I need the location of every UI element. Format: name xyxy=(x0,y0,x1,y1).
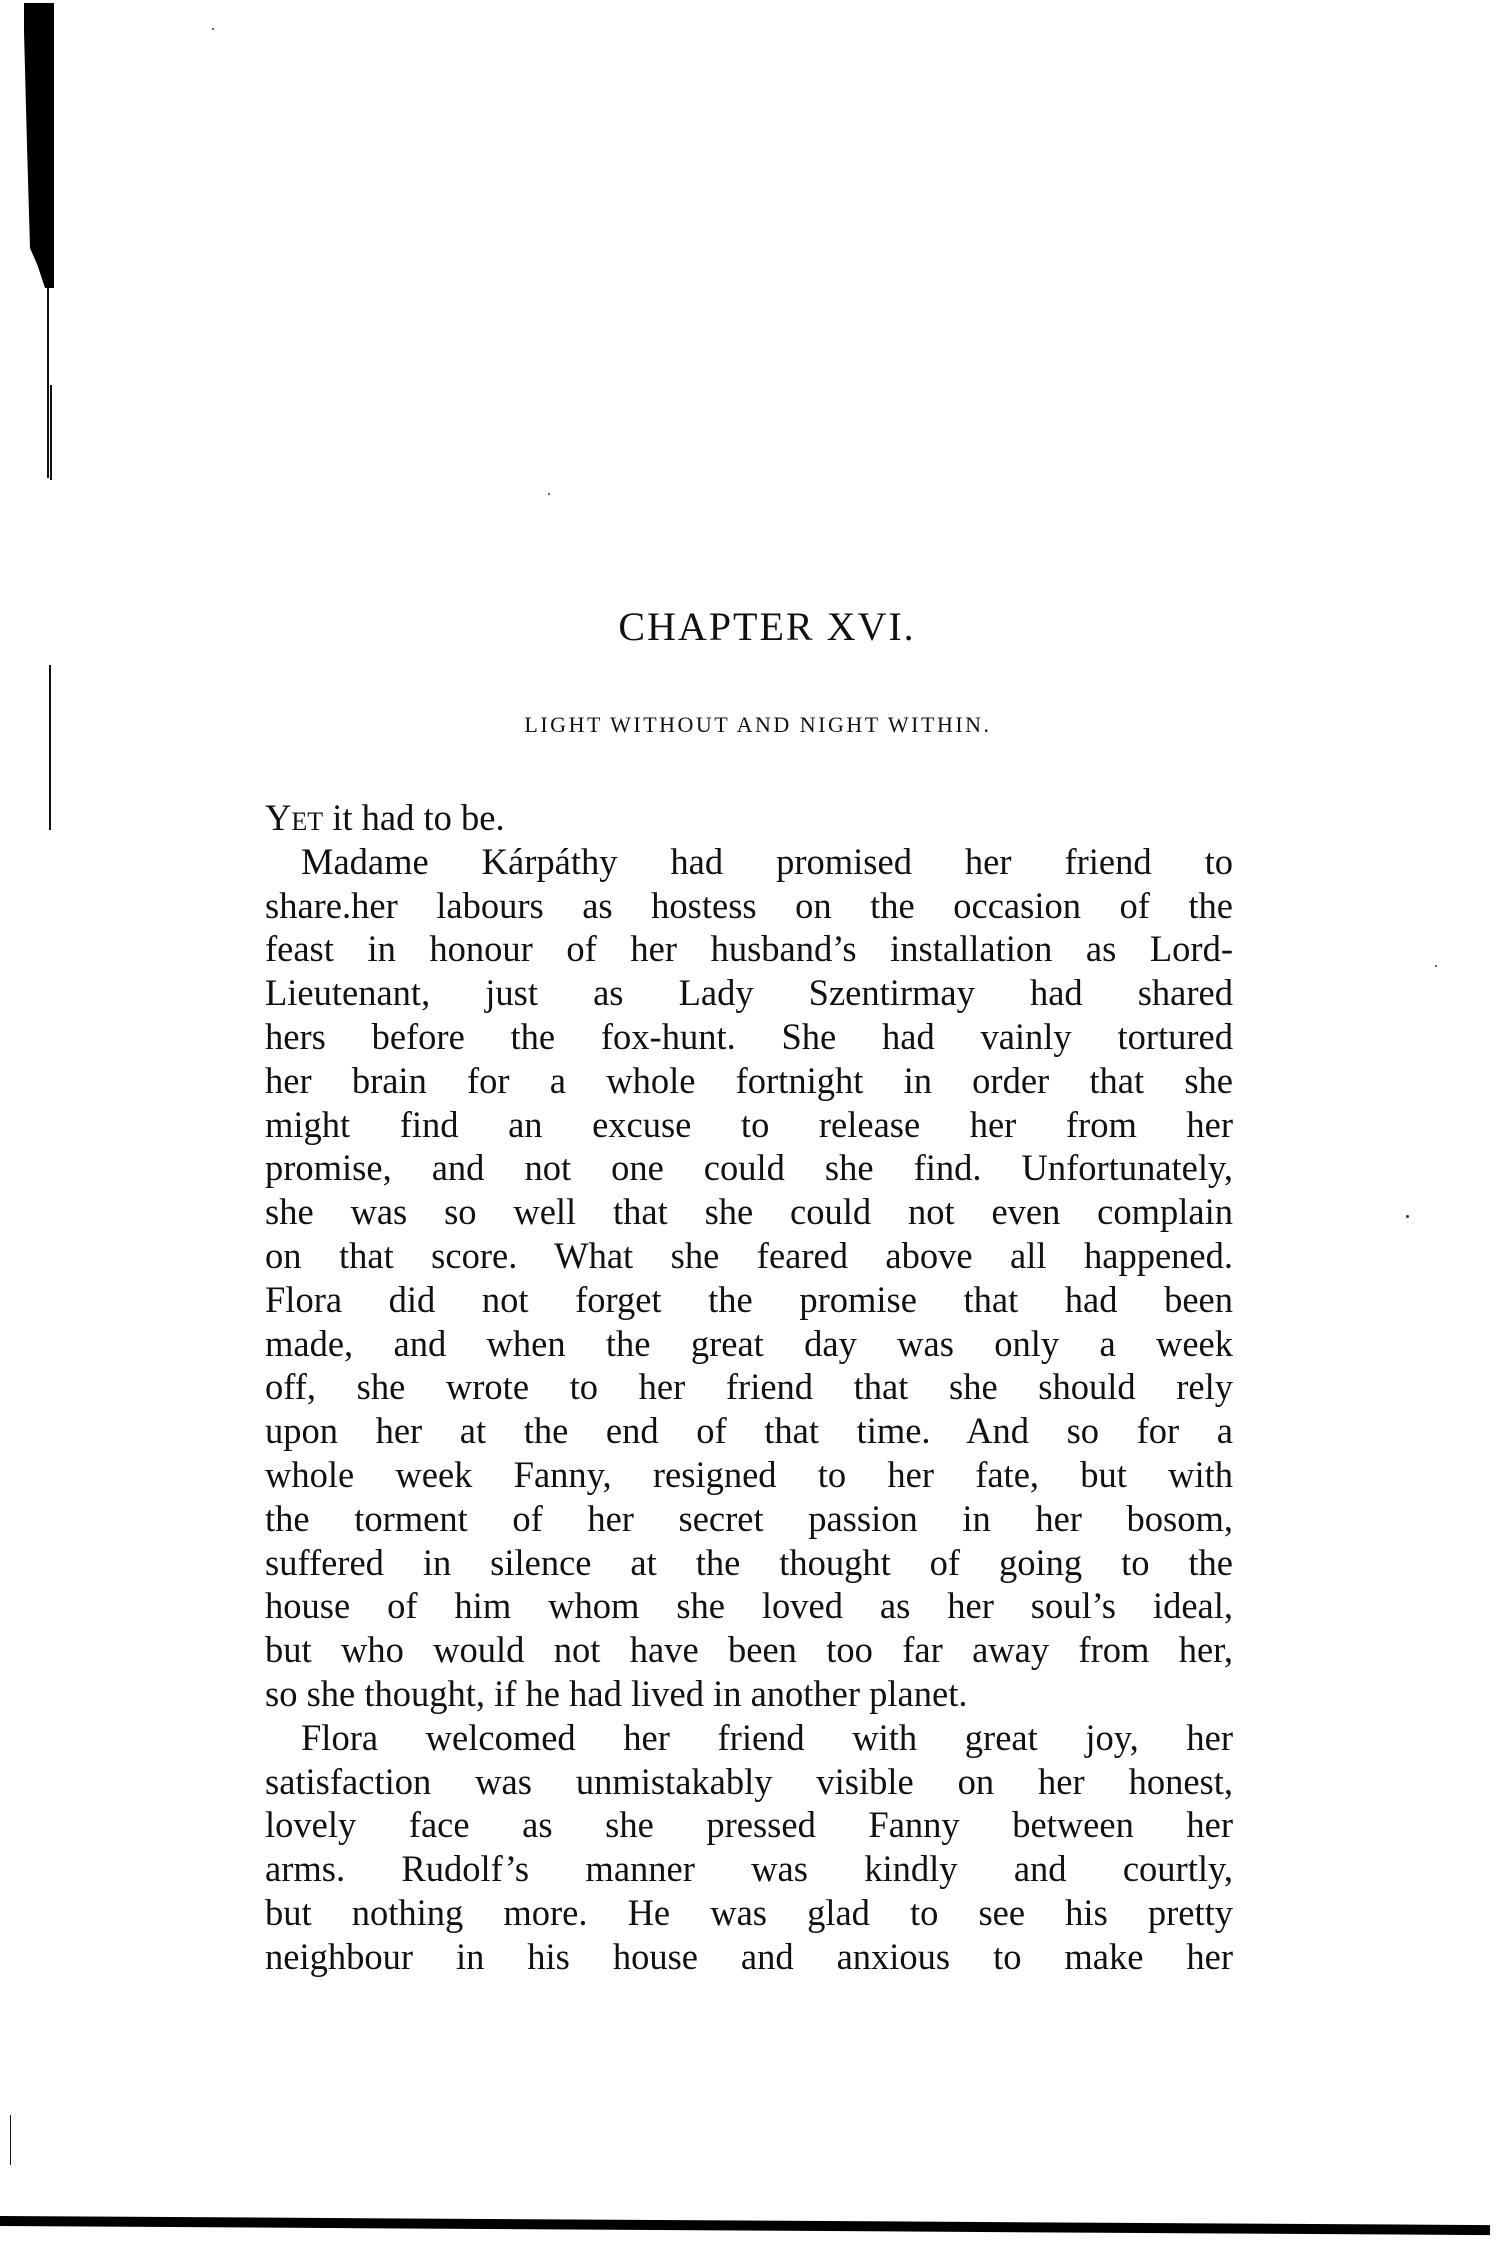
text-line: but who would not have been too far away… xyxy=(265,1628,1233,1672)
scan-speck xyxy=(1435,965,1437,967)
scan-bottom-rule xyxy=(0,2216,1490,2235)
text-line: off, she wrote to her friend that she sh… xyxy=(265,1365,1233,1409)
opening-rest: it had to be. xyxy=(323,797,504,838)
scan-speck xyxy=(548,493,550,495)
text-line: made, and when the great day was only a … xyxy=(265,1322,1233,1366)
text-line: Flora welcomed her friend with great joy… xyxy=(265,1716,1233,1760)
text-line: but nothing more. He was glad to see his… xyxy=(265,1891,1233,1935)
text-line: she was so well that she could not even … xyxy=(265,1190,1233,1234)
body-text: Yet it had to be. Madame Kárpáthy had pr… xyxy=(265,796,1233,1979)
text-line: feast in honour of her husband’s install… xyxy=(265,927,1233,971)
text-line: share.her labours as hostess on the occa… xyxy=(265,884,1233,928)
opening-line: Yet it had to be. xyxy=(265,796,1233,840)
text-line: upon her at the end of that time. And so… xyxy=(265,1409,1233,1453)
scan-edge-line xyxy=(50,385,52,480)
chapter-title: CHAPTER XVI. xyxy=(0,603,1510,650)
text-line: suffered in silence at the thought of go… xyxy=(265,1541,1233,1585)
text-line: promise, and not one could she find. Unf… xyxy=(265,1146,1233,1190)
text-line: on that score. What she feared above all… xyxy=(265,1234,1233,1278)
text-line: Lieutenant, just as Lady Szentirmay had … xyxy=(265,971,1233,1015)
text-line: so she thought, if he had lived in anoth… xyxy=(265,1672,1233,1716)
text-line: satisfaction was unmistakably visible on… xyxy=(265,1760,1233,1804)
scan-binding-shadow xyxy=(24,3,54,288)
text-line: house of him whom she loved as her soul’… xyxy=(265,1584,1233,1628)
text-line: whole week Fanny, resigned to her fate, … xyxy=(265,1453,1233,1497)
text-line: arms. Rudolf’s manner was kindly and cou… xyxy=(265,1847,1233,1891)
text-line: lovely face as she pressed Fanny between… xyxy=(265,1803,1233,1847)
text-line: hers before the fox-hunt. She had vainly… xyxy=(265,1015,1233,1059)
scan-edge-line xyxy=(47,288,49,478)
text-line: the torment of her secret passion in her… xyxy=(265,1497,1233,1541)
text-line: her brain for a whole fortnight in order… xyxy=(265,1059,1233,1103)
scan-speck xyxy=(212,28,214,30)
scan-edge-line xyxy=(10,2115,11,2165)
text-line: Madame Kárpáthy had promised her friend … xyxy=(265,840,1233,884)
paragraph-2: Flora welcomed her friend with great joy… xyxy=(265,1716,1233,1979)
text-line: neighbour in his house and anxious to ma… xyxy=(265,1935,1233,1979)
paragraph-1: Madame Kárpáthy had promised her friend … xyxy=(265,840,1233,1716)
scan-speck xyxy=(1406,1215,1409,1218)
chapter-subtitle: LIGHT WITHOUT AND NIGHT WITHIN. xyxy=(0,712,1510,738)
scan-edge-line xyxy=(49,665,51,830)
text-line: Flora did not forget the promise that ha… xyxy=(265,1278,1233,1322)
opening-smallcaps: Yet xyxy=(265,797,323,838)
text-line: might find an excuse to release her from… xyxy=(265,1103,1233,1147)
